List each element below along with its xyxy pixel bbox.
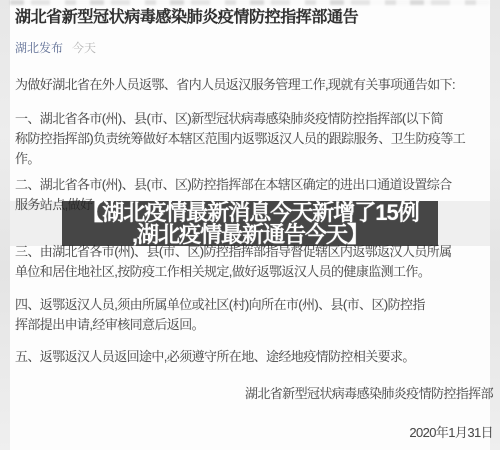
signature-line: 湖北省新型冠状病毒感染肺炎疫情防控指挥部 xyxy=(15,384,493,404)
signature: 湖北省新型冠状病毒感染肺炎疫情防控指挥部 xyxy=(15,384,500,404)
paragraph-line: 四、返鄂返汉人员,须由所属单位或社区(村)向所在市(州)、县(市、区)防控指 xyxy=(15,295,493,315)
date-line: 2020年1月31日 xyxy=(15,423,500,443)
paragraph-line: 称防控指挥部)负责统筹做好本辖区范围内返鄂返汉人员的跟踪服务、卫生防疫等工 xyxy=(15,129,493,149)
paragraph-line: 二、湖北省各市(州)、县(市、区)防控指挥部在本辖区确定的进出口通道设置综合 xyxy=(15,175,493,195)
page-edge-left xyxy=(0,0,10,450)
paragraph-3: 三、由湖北省各市(州)、县(市、区)防控指挥部指导督促辖区内返鄂返汉人员所属 单… xyxy=(15,242,493,282)
watermark-line-1: 【湖北疫情最新消息今天新增了15例 xyxy=(81,202,418,224)
paragraph-line: 一、湖北省各市(州)、县(市、区)新型冠状病毒感染肺炎疫情防控指挥部(以下简 xyxy=(15,109,493,129)
byline-source[interactable]: 湖北发布 xyxy=(15,41,63,55)
byline-time: 今天 xyxy=(72,41,96,55)
page-edge-right xyxy=(490,0,500,450)
paragraph-line: 挥部提出申请,经审核同意后返回。 xyxy=(15,315,493,335)
paragraph-1: 一、湖北省各市(州)、县(市、区)新型冠状病毒感染肺炎疫情防控指挥部(以下简 称… xyxy=(15,109,493,169)
notice-intro-line: 为做好湖北省在外人员返鄂、省内人员返汉服务管理工作,现就有关事项通告如下: xyxy=(15,75,493,95)
paragraph-line: 五、返鄂返汉人员返回途中,必须遵守所在地、途经地疫情防控相关要求。 xyxy=(15,347,493,367)
date-text: 2020年1月31日 xyxy=(15,423,493,443)
top-crop-artifact xyxy=(10,0,490,5)
notice-intro: 为做好湖北省在外人员返鄂、省内人员返汉服务管理工作,现就有关事项通告如下: xyxy=(15,75,493,95)
paragraph-4: 四、返鄂返汉人员,须由所属单位或社区(村)向所在市(州)、县(市、区)防控指 挥… xyxy=(15,295,493,335)
watermark-line-2: ,湖北疫情最新通告今天】 xyxy=(132,224,368,246)
paragraph-line: 作。 xyxy=(15,149,493,169)
byline: 湖北发布今天 xyxy=(15,40,96,56)
paragraph-5: 五、返鄂返汉人员返回途中,必须遵守所在地、途经地疫情防控相关要求。 xyxy=(15,347,493,367)
watermark-overlay: 【湖北疫情最新消息今天新增了15例 ,湖北疫情最新通告今天】 xyxy=(62,201,438,246)
page-title: 湖北省新型冠状病毒感染肺炎疫情防控指挥部通告 xyxy=(15,6,493,30)
paragraph-line: 单位和居住地社区,按防疫工作相关规定,做好返鄂返汉人员的健康监测工作。 xyxy=(15,262,493,282)
